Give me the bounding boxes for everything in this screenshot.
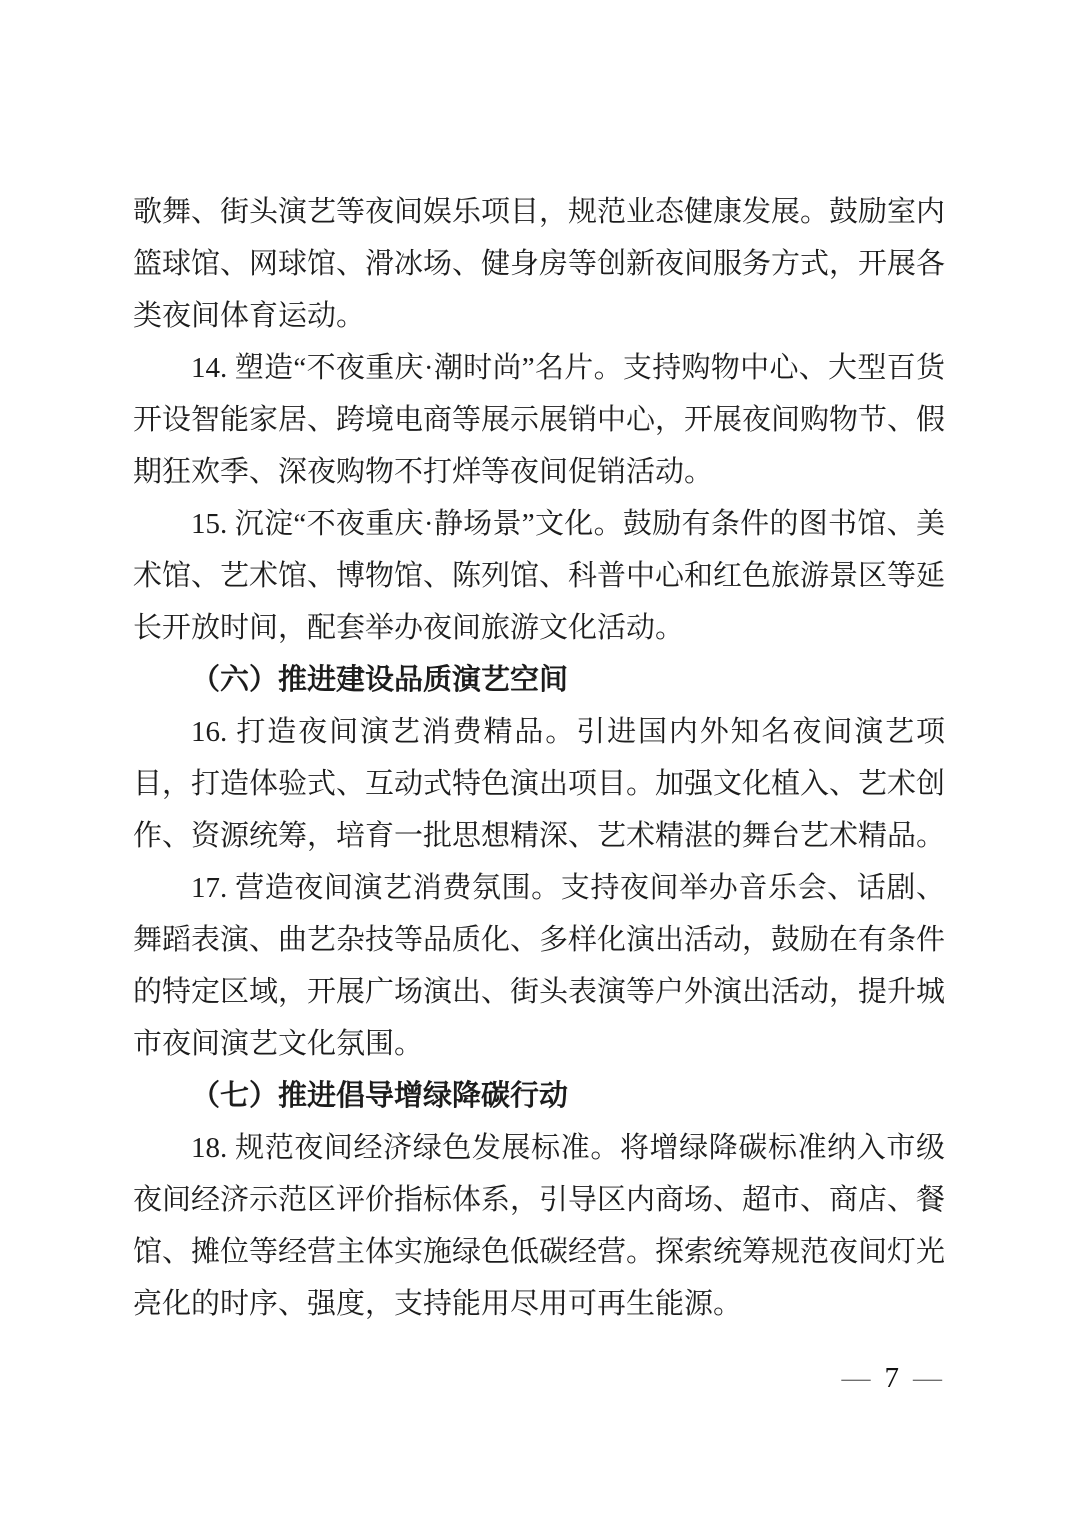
document-body: 歌舞、街头演艺等夜间娱乐项目，规范业态健康发展。鼓励室内篮球馆、网球馆、滑冰场、… [133, 186, 945, 1330]
document-page: 歌舞、街头演艺等夜间娱乐项目，规范业态健康发展。鼓励室内篮球馆、网球馆、滑冰场、… [0, 0, 1074, 1520]
section-heading-6: （六）推进建设品质演艺空间 [133, 654, 945, 706]
paragraph-item-15: 15. 沉淀“不夜重庆·静场景”文化。鼓励有条件的图书馆、美术馆、艺术馆、博物馆… [133, 498, 945, 654]
section-heading-7: （七）推进倡导增绿降碳行动 [133, 1070, 945, 1122]
paragraph-item-17: 17. 营造夜间演艺消费氛围。支持夜间举办音乐会、话剧、舞蹈表演、曲艺杂技等品质… [133, 862, 945, 1070]
paragraph-item-14: 14. 塑造“不夜重庆·潮时尚”名片。支持购物中心、大型百货开设智能家居、跨境电… [133, 342, 945, 498]
paragraph-item-18: 18. 规范夜间经济绿色发展标准。将增绿降碳标准纳入市级夜间经济示范区评价指标体… [133, 1122, 945, 1330]
page-number-value: 7 [885, 1362, 900, 1394]
paragraph-item-16: 16. 打造夜间演艺消费精品。引进国内外知名夜间演艺项目，打造体验式、互动式特色… [133, 706, 945, 862]
page-number-dash-left: — [842, 1362, 871, 1394]
paragraph-continuation: 歌舞、街头演艺等夜间娱乐项目，规范业态健康发展。鼓励室内篮球馆、网球馆、滑冰场、… [133, 186, 945, 342]
page-number-dash-right: — [913, 1362, 942, 1394]
page-number: —7— [842, 1358, 943, 1398]
